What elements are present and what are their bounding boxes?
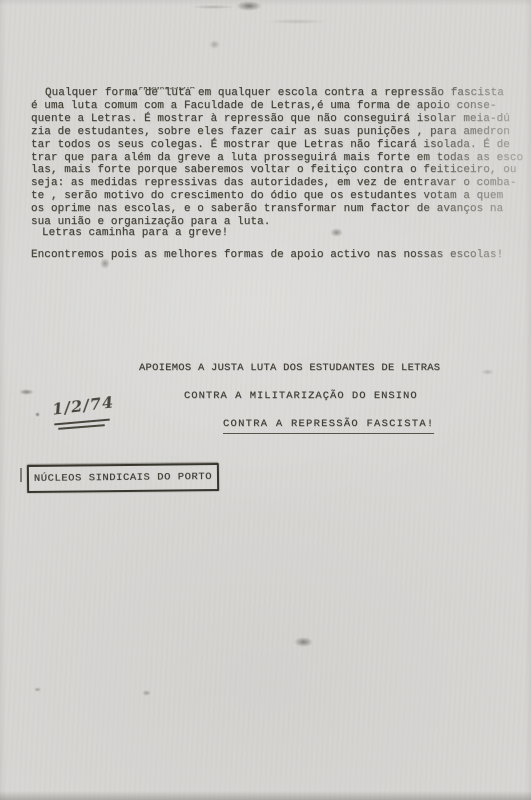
ink-smudge [192,5,234,9]
stamp-edge-mark [20,468,22,482]
paragraph-line: os oprime nas escolas, e o saberão trans… [31,203,527,216]
insertion-caret-mark: ✓ [131,88,139,102]
union-stamp-text: NÚCLEOS SINDICAIS DO PORTO [34,471,212,485]
paragraph-line: tar todos os seus colegas. É mostrar que… [31,139,527,152]
ink-smudge [268,19,326,24]
ink-smudge [294,637,313,647]
paragraph-line: trar que para além da greve a luta pross… [31,152,527,165]
strike-call-line: Letras caminha para a greve! [42,227,228,239]
union-stamp-box: NÚCLEOS SINDICAIS DO PORTO [27,463,219,493]
ink-smudge [481,369,494,375]
date-underline-stroke [58,424,105,429]
slogan-support-students: APOIEMOS A JUSTA LUTA DOS ESTUDANTES DE … [139,362,440,374]
paragraph-line: las, mais forte porque saberemos voltar … [31,164,527,177]
ink-smudge [34,687,41,692]
ink-smudge [19,389,34,395]
handwritten-date: 1/2/74 [51,392,115,418]
ink-smudge [35,412,40,417]
scanned-document-page: progressista ✓ Qualquer forma de luta em… [0,0,531,800]
paragraph-line: Qualquer forma de luta em qualquer escol… [31,87,527,100]
body-paragraph: progressista ✓ Qualquer forma de luta em… [31,87,527,229]
paragraph-line: zia de estudantes, sobre eles fazer cair… [31,126,527,139]
paragraph-line: seja: as medidas repressivas das autorid… [31,177,527,190]
support-call-line: Encontremos pois as melhores formas de a… [31,249,527,261]
paragraph-line: é uma luta comum com a Faculdade de Letr… [31,100,527,113]
handwritten-insertion: progressista [139,80,196,94]
ink-smudge [236,1,262,11]
paragraph-line: te , serão motivo do crescimento do ódio… [31,190,527,203]
slogan-against-militarization: CONTRA A MILITARIZAÇÃO DO ENSINO [184,390,418,402]
ink-smudge [142,690,151,696]
slogan-against-repression: CONTRA A REPRESSÃO FASCISTA! [223,418,434,434]
ink-smudge [209,40,220,49]
paragraph-line: quente a Letras. É mostrar à repressão q… [31,113,527,126]
ink-smudge [330,228,343,237]
